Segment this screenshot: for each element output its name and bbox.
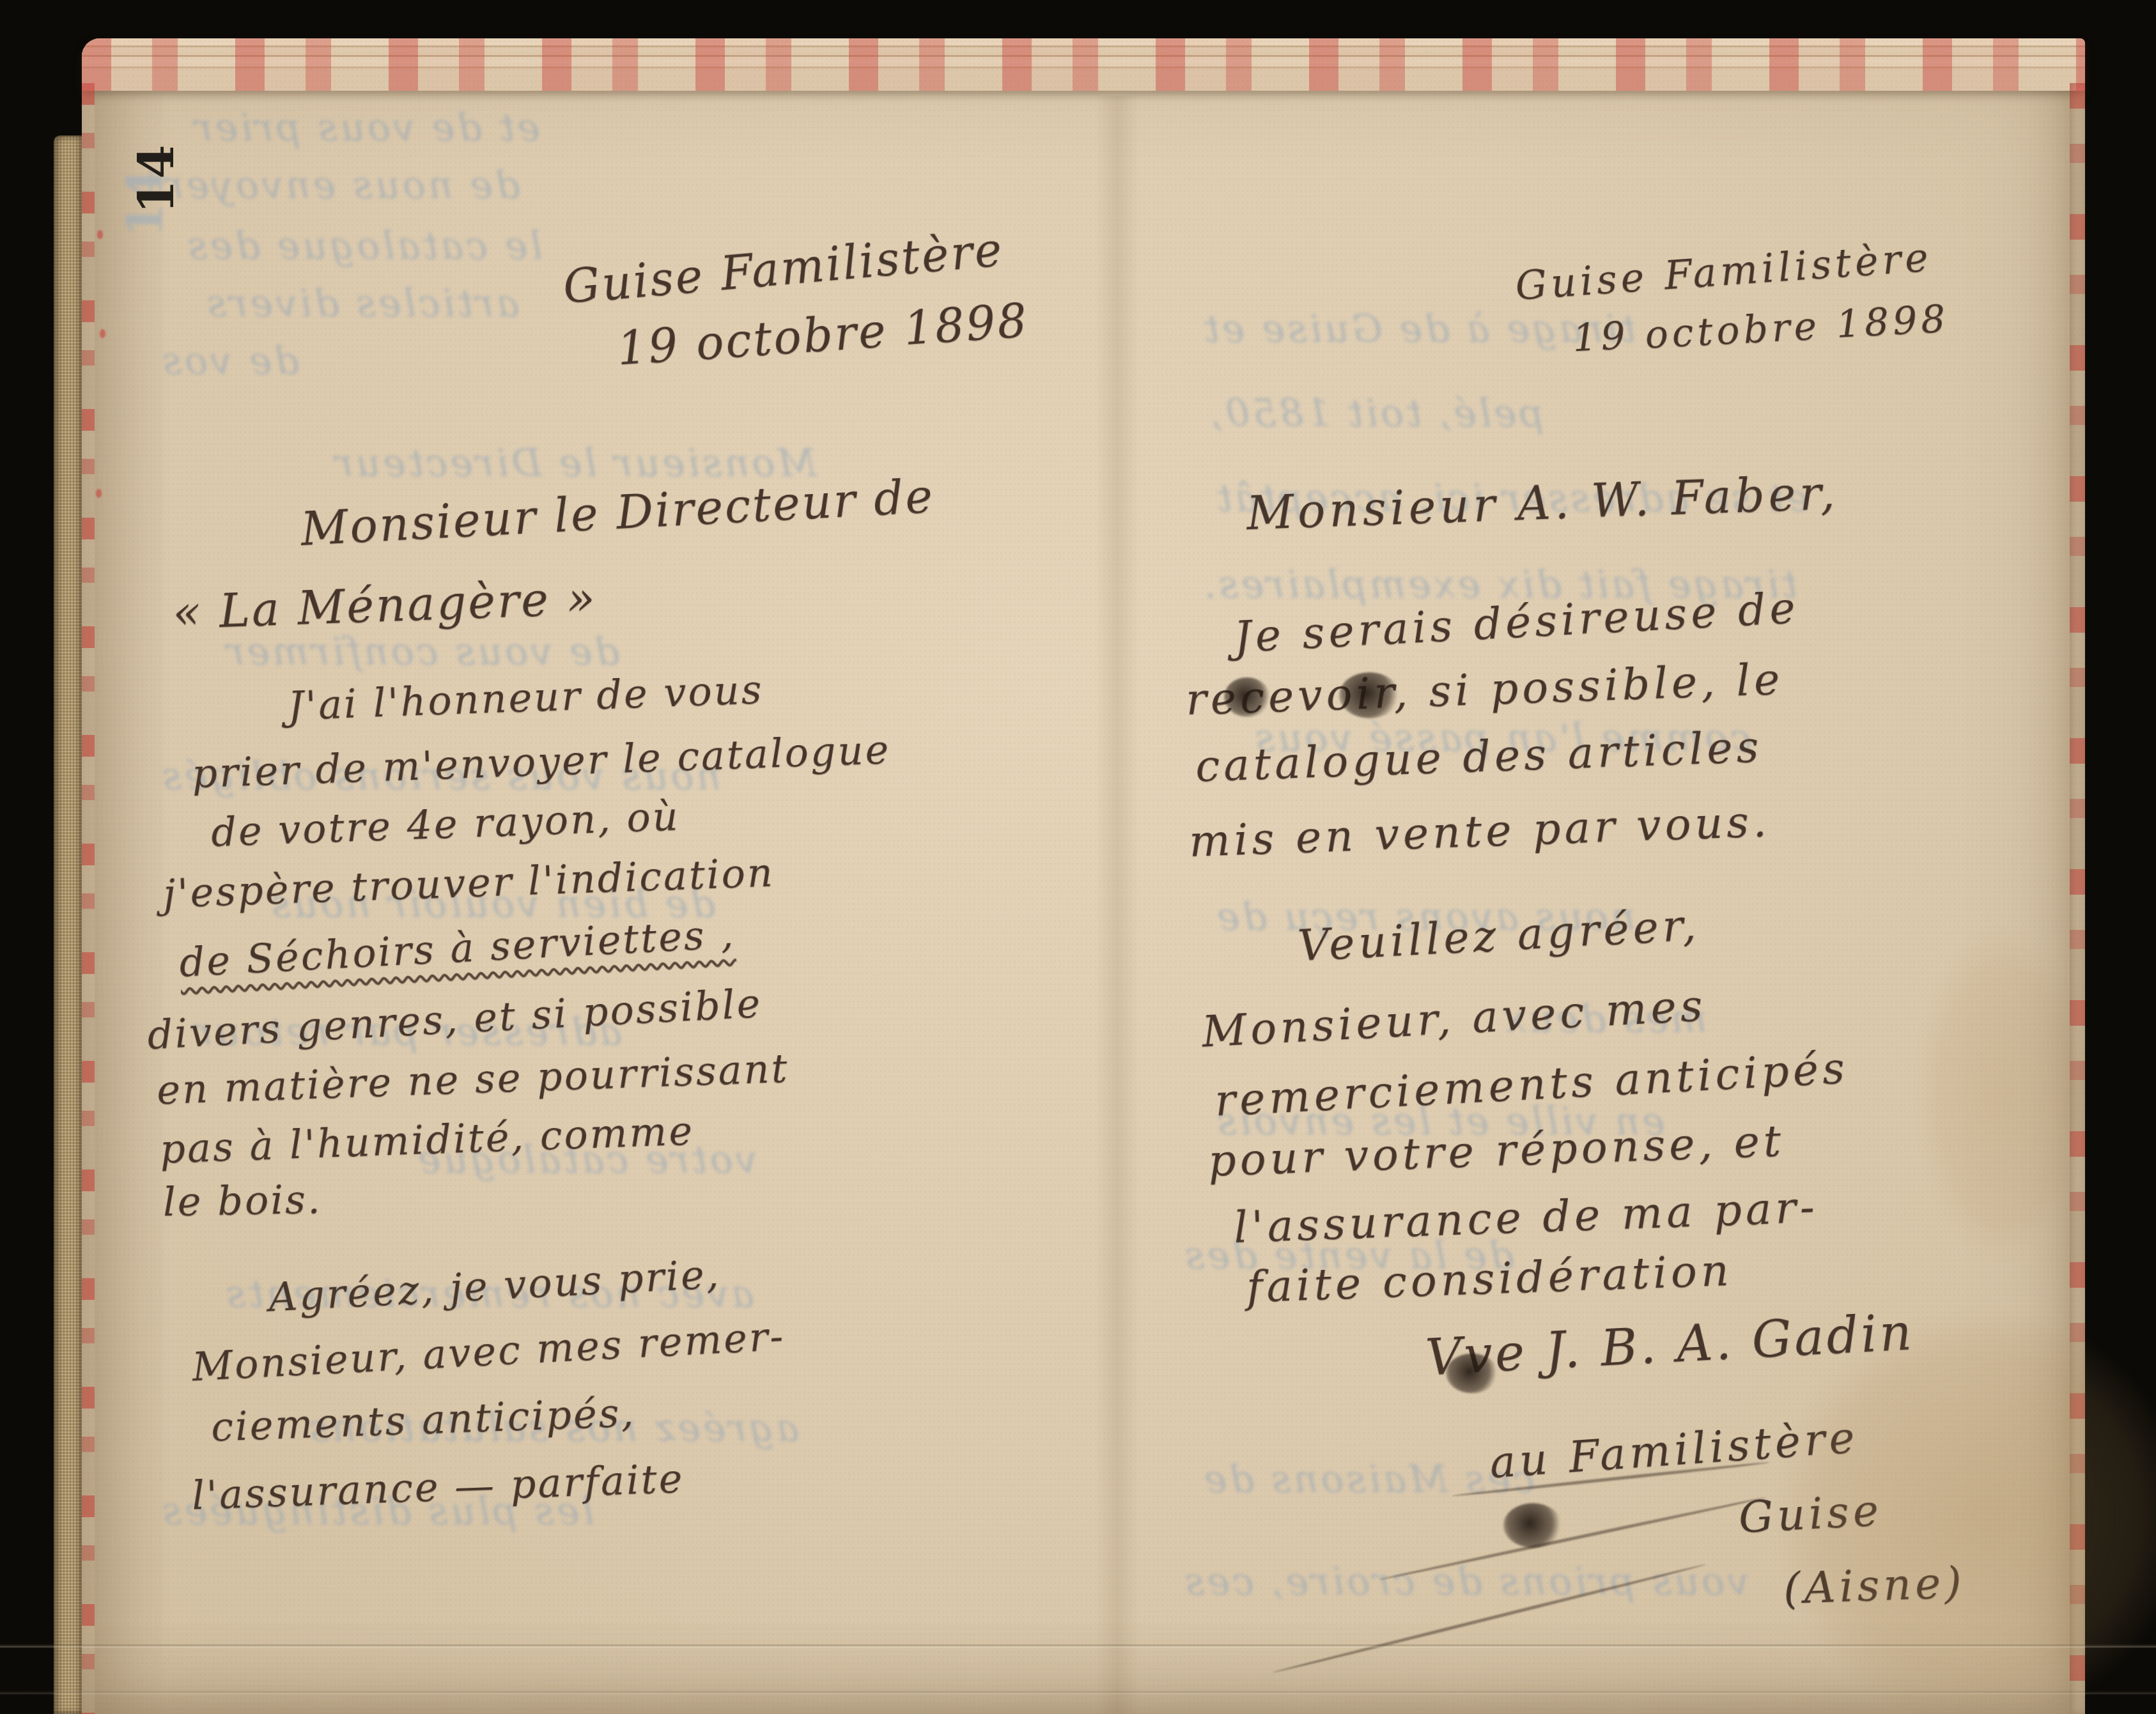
ink-blot: [1503, 1503, 1562, 1548]
bleedthrough-line: vous prions de croire, ces: [1183, 1559, 1749, 1604]
ink-blot: [1339, 672, 1400, 718]
center-fold-crease: [1095, 96, 1140, 1714]
ink-blot: [1224, 677, 1270, 717]
red-speck: [96, 489, 102, 498]
horizontal-crease: [0, 1644, 2156, 1648]
bleedthrough-line: et de vous prier: [192, 105, 540, 150]
ink-blot: [1446, 1354, 1498, 1393]
bleedthrough-line: pelé, toit 1850,: [1208, 391, 1544, 436]
red-speck: [97, 230, 103, 239]
book-spine-cloth: [54, 135, 84, 1714]
bleedthrough-line: articles divers: [205, 281, 519, 326]
horizontal-crease: [0, 1690, 2156, 1695]
left-body-line: le bois.: [162, 1176, 322, 1225]
stacked-page-top-edges: [82, 38, 2085, 91]
bleedthrough-line: ces Maisons de: [1202, 1457, 1535, 1502]
bleedthrough-line: de vous confirmer: [224, 629, 619, 674]
bleedthrough-line: le catalogue des: [185, 224, 543, 268]
bleedthrough-line: de nous envoyer: [163, 163, 520, 208]
red-speck: [100, 329, 105, 338]
letterbook-scan: 14 14 et de vous prier de nous envoyer l…: [0, 0, 2156, 1714]
bleedthrough-line: tirage à de Guise et: [1202, 307, 1636, 351]
left-red-page-edge: [82, 83, 95, 1714]
bleedthrough-line: de vos: [160, 339, 299, 383]
water-stain: [1918, 927, 2084, 1259]
